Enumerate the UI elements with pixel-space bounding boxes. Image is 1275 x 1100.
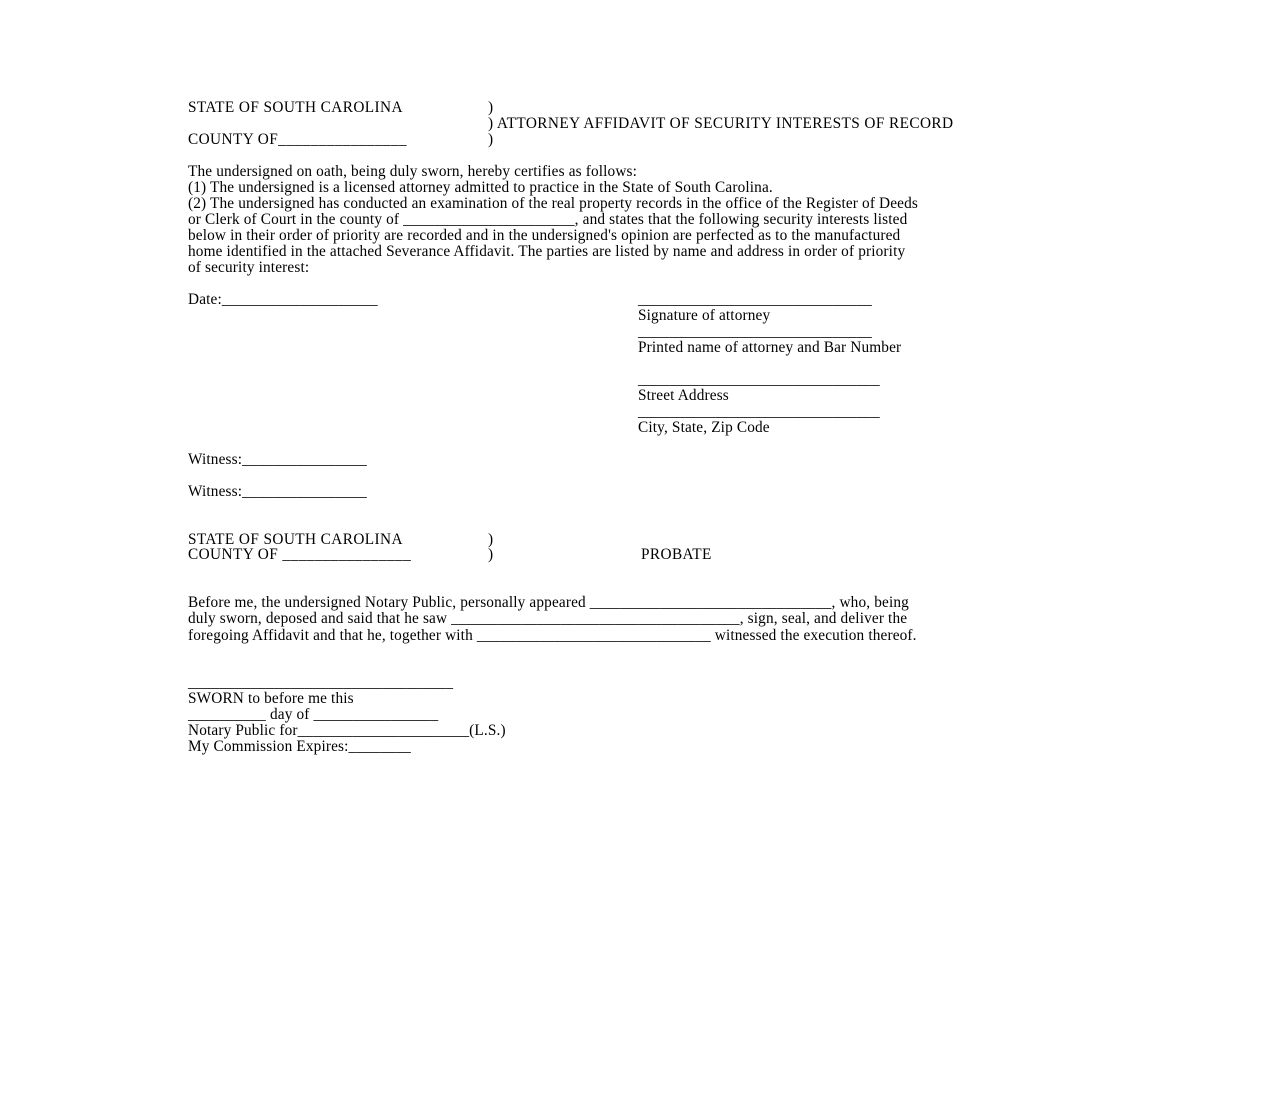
street-address-label: Street Address [638, 388, 729, 404]
document-title: ) ATTORNEY AFFIDAVIT OF SECURITY INTERES… [488, 116, 953, 132]
commission-expires-field[interactable]: My Commission Expires:________ [188, 739, 411, 755]
body-line-county-field[interactable]: or Clerk of Court in the county of _____… [188, 212, 907, 228]
body-line: (2) The undersigned has conducted an exa… [188, 196, 918, 212]
probate-county-field[interactable]: COUNTY OF ________________ [188, 547, 411, 563]
probate-line[interactable]: foregoing Affidavit and that he, togethe… [188, 628, 917, 644]
witness-field-2[interactable]: Witness:________________ [188, 484, 367, 500]
city-state-zip-label: City, State, Zip Code [638, 420, 770, 436]
street-address-line[interactable]: _______________________________ [638, 372, 880, 388]
notary-signature-line[interactable]: __________________________________ [188, 675, 453, 691]
signature-label: Signature of attorney [638, 308, 770, 324]
printed-name-line[interactable]: ______________________________ [638, 324, 872, 340]
body-line: of security interest: [188, 260, 309, 276]
paren: ) [488, 132, 493, 148]
date-field[interactable]: Date:____________________ [188, 292, 378, 308]
body-line: home identified in the attached Severanc… [188, 244, 905, 260]
state-line: STATE OF SOUTH CAROLINA [188, 100, 403, 116]
day-of-field[interactable]: __________ day of ________________ [188, 707, 438, 723]
city-state-zip-line[interactable]: _______________________________ [638, 404, 880, 420]
probate-title: PROBATE [641, 547, 712, 563]
body-line: below in their order of priority are rec… [188, 228, 900, 244]
county-field[interactable]: COUNTY OF________________ [188, 132, 407, 148]
notary-public-for-field[interactable]: Notary Public for______________________(… [188, 723, 506, 739]
paren: ) [488, 547, 493, 563]
probate-line[interactable]: duly sworn, deposed and said that he saw… [188, 611, 907, 627]
printed-name-label: Printed name of attorney and Bar Number [638, 340, 901, 356]
signature-line[interactable]: ______________________________ [638, 292, 872, 308]
body-line: The undersigned on oath, being duly swor… [188, 164, 637, 180]
body-line: (1) The undersigned is a licensed attorn… [188, 180, 773, 196]
sworn-text: SWORN to before me this [188, 691, 354, 707]
probate-line[interactable]: Before me, the undersigned Notary Public… [188, 595, 909, 611]
witness-field-1[interactable]: Witness:________________ [188, 452, 367, 468]
paren: ) [488, 100, 493, 116]
